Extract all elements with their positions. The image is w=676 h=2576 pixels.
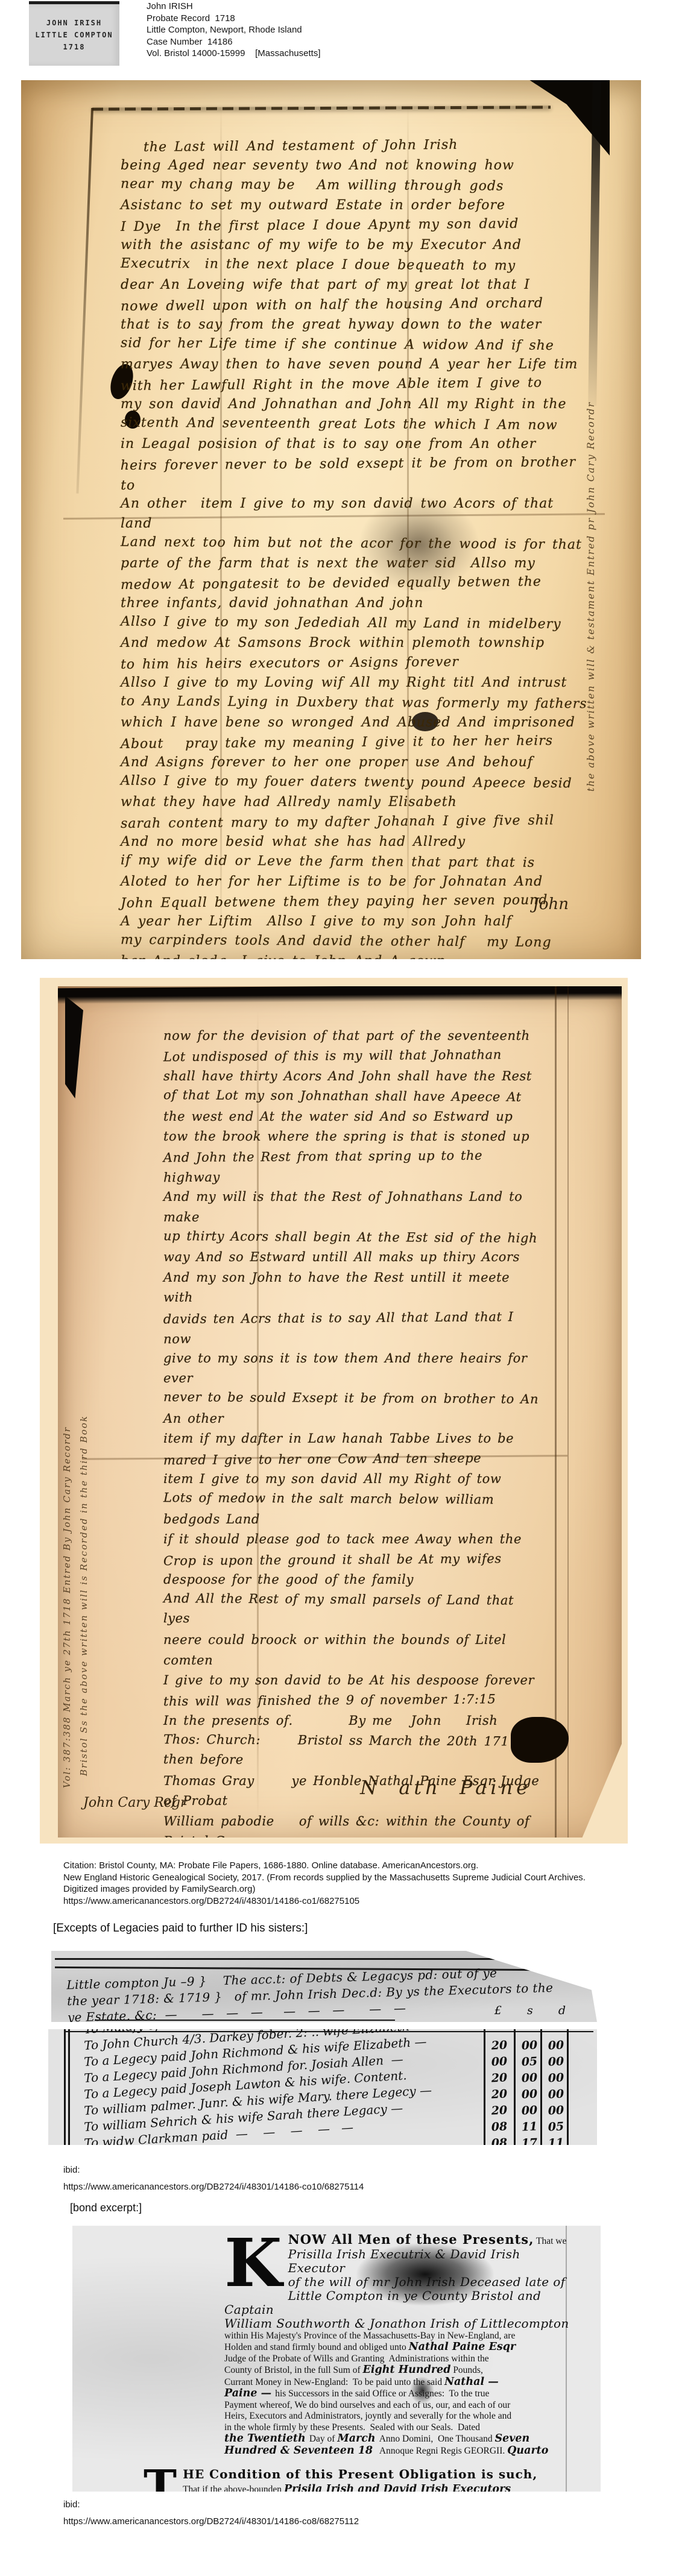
manuscript-line: Executrix in the next place I doue beque… (121, 254, 588, 277)
manuscript-line: And medow At Samsons Brock within plemot… (121, 633, 588, 653)
header-line: Case Number 14186 (147, 36, 321, 48)
handwritten-segment: Paine — (224, 2387, 275, 2399)
manuscript-line: if my wife did or Leve the farm then tha… (121, 851, 588, 874)
ledger-amount-l: 20 (485, 2087, 513, 2102)
printed-segment: Payment whereof, We do bind ourselves an… (224, 2400, 510, 2410)
ledger-amount-d: 05 (542, 2120, 569, 2134)
citation-line: Digitized images provided by FamilySearc… (63, 1883, 586, 1895)
handwritten-segment: the Twentieth (224, 2433, 309, 2445)
manuscript-line: Lots of medow in the salt march below wi… (163, 1488, 543, 1510)
manuscript-line: parte of the farm that is next the water… (121, 553, 588, 573)
manuscript-line: the Last will And testament of John Iris… (144, 134, 588, 157)
manuscript-line: shall have thirty Acors And John shall h… (163, 1066, 543, 1086)
mixed-text-line: within His Majesty's Province of the Mas… (224, 2331, 579, 2342)
manuscript-line: An other (163, 1409, 543, 1429)
manuscript-line: mared I give to her one Cow And ten shee… (163, 1447, 543, 1470)
mixed-text-line: Currant Money in New-England: To be paid… (224, 2376, 579, 2389)
ledger-amount-s: 05 (516, 2055, 543, 2069)
record-header: John IRISHProbate Record 1718Little Comp… (147, 1, 321, 60)
manuscript-line: of that Lot my son Johnathan shall have … (163, 1085, 543, 1107)
manuscript-line: dear An Loveing wife that part of my gre… (121, 275, 588, 295)
printed-segment: Holden and stand firmly bound and oblige… (224, 2342, 409, 2352)
ledger-rule (64, 2029, 66, 2145)
citation-line: Citation: Bristol County, MA: Probate Fi… (63, 1860, 586, 1872)
printed-segment: Pounds, (450, 2365, 482, 2375)
ledger-amount-l: 08 (485, 2136, 513, 2145)
legacies-ledger-excerpt: To Malafy of &c Darkey fober. 2: & Jurny… (48, 2029, 597, 2145)
manuscript-line: neere could broock or within the bounds … (163, 1630, 543, 1671)
printed-segment: County of Bristol, in the full Sum of (224, 2365, 363, 2375)
manuscript-line: up thirty Acors shall begin At the Est s… (163, 1226, 543, 1249)
bond-condition-body: HE Condition of this Present Obligation … (144, 2467, 579, 2492)
ledger-row: To widw Clarkman paid — — — — —081711 (76, 2136, 597, 2145)
manuscript-line: give to my sons it is tow them And there… (163, 1349, 543, 1389)
manuscript-line: Allso I give to my Loving wif All my Rig… (121, 673, 588, 693)
manuscript-line: Thos: Church: Bristol ss March the 20th … (163, 1730, 543, 1772)
registrar-signature: John Cary Regr (83, 1795, 186, 1810)
document-page: JOHN IRISHLITTLE COMPTON1718 John IRISHP… (0, 0, 676, 2576)
paper-sheet: now for the devision of that part of the… (58, 986, 622, 1838)
label-card-line: JOHN IRISH (29, 19, 119, 27)
manuscript-line: to Any Lands Lying in Duxbery that was f… (121, 691, 588, 714)
fold-line (555, 986, 557, 1838)
mixed-text-line: Heirs, Executors and Administrators, joy… (224, 2411, 579, 2422)
bond-condition-paragraph: T HE Condition of this Present Obligatio… (144, 2467, 579, 2492)
drop-cap-k: K (224, 2235, 282, 2291)
manuscript-line: what they have had Allredy namly Elisabe… (121, 792, 588, 812)
ledger-amount-l: 20 (485, 2103, 513, 2118)
manuscript-line: Crop is upon the ground it shall be At m… (163, 1548, 543, 1571)
handwritten-segment: Hundred & Seventeen 18 (224, 2445, 373, 2457)
manuscript-line: three infants, david johnathan And john (121, 593, 588, 613)
manuscript-line: this will was finished the 9 of november… (163, 1689, 543, 1712)
paper-top-edge (58, 986, 622, 1004)
manuscript-line: And my son John to have the Rest untill … (163, 1268, 543, 1308)
manuscript-line: And no more besid what she has had Allre… (121, 832, 588, 852)
manuscript-line: which I have bene so wronged And Abused … (121, 713, 588, 732)
mixed-text-line: Hundred & Seventeen 18 Annoque Regni Reg… (224, 2445, 579, 2457)
ibid-label: ibid: (63, 2496, 359, 2513)
account-heading-text: Little compton Ju –9 } The acc.t: of Deb… (66, 1963, 561, 2022)
printed-segment: within His Majesty's Province of the Mas… (224, 2331, 515, 2341)
handwritten-line: William Southworth & Jonathon Irish of L… (224, 2317, 579, 2331)
manuscript-line: bar And sledg I give to John And A gown (121, 951, 588, 959)
printed-segment: Anno Domini, One Thousand (379, 2434, 495, 2444)
excerpts-heading: [Excepts of Legacies paid to further ID … (53, 1922, 308, 1935)
label-card-line: 1718 (29, 43, 119, 51)
manuscript-line: my son david And Johnathan and John All … (121, 394, 588, 414)
manuscript-line: the west end At the water sid And so Est… (163, 1107, 543, 1127)
handwritten-segment: March (337, 2433, 379, 2445)
ledger-amount-d: 00 (542, 2103, 569, 2118)
drop-cap-t: T (144, 2469, 177, 2492)
paper-edge-shadow (65, 996, 83, 1098)
judge-signature: N ath Paine (360, 1776, 531, 1799)
handwritten-segment: Prisila Irish and David Irish Executors (284, 2483, 511, 2492)
ledger-amount-d: 00 (542, 2071, 569, 2085)
printed-segment: Day of (309, 2434, 338, 2444)
manuscript-line: way And so Estward untill All maks up th… (163, 1247, 543, 1267)
legacies-account-excerpt: Little compton Ju –9 } The acc.t: of Deb… (51, 1951, 597, 2022)
manuscript-line: Land next too him but not the acor for t… (121, 532, 588, 555)
manuscript-line: I Dye In the first place I doue Apynt my… (121, 213, 588, 237)
manuscript-line: Aloted to her for her Liftime is to be f… (121, 872, 588, 892)
ibid-url: https://www.americanancestors.org/DB2724… (63, 2513, 359, 2530)
bond-scan: K NOW All Men of these Presents, That we… (72, 2226, 601, 2492)
margin-note-recorder: the above written will & testament Entre… (585, 333, 596, 792)
ledger-amount-s: 00 (516, 2038, 543, 2053)
mixed-text-line: HE Condition of this Present Obligation … (144, 2467, 579, 2483)
printed-segment: Annoque Regni Regis GEORGII. (373, 2446, 507, 2456)
manuscript-line: Allso I give to my fouer daters twenty p… (121, 771, 588, 794)
ibid-url: https://www.americanancestors.org/DB2724… (63, 2179, 364, 2196)
manuscript-line: if it should please god to tack mee Away… (163, 1529, 543, 1549)
manuscript-line: my carpinders tools And david the other … (121, 930, 588, 953)
manuscript-line: And John the Rest from that spring up to… (163, 1145, 543, 1188)
mixed-text-line: County of Bristol, in the full Sum of Ei… (224, 2364, 579, 2376)
printed-segment: Currant Money in New-England: To be paid… (224, 2377, 444, 2387)
mixed-text-line: Paine — his Successors in the said Offic… (224, 2388, 579, 2400)
will-scan-page-2: now for the devision of that part of the… (40, 978, 628, 1844)
header-line: John IRISH (147, 1, 321, 13)
manuscript-line: despoose for the good of the family (163, 1570, 543, 1590)
manuscript-line: John Equall betwene them they paying her… (121, 890, 588, 913)
mixed-text-line: Payment whereof, We do bind ourselves an… (224, 2400, 579, 2411)
printed-segment: That we (534, 2236, 566, 2246)
ledger-amount-s: 00 (516, 2087, 543, 2102)
manuscript-line: nowe dwell upon with on half the housing… (121, 293, 588, 316)
manuscript-line: In the presents of. By me John Irish (163, 1711, 543, 1731)
mixed-text-line: in the whole firmly by these Presents. S… (224, 2422, 579, 2434)
printed-segment: Judge of the Probate of Wills and Granti… (224, 2354, 489, 2364)
citation-block: Citation: Bristol County, MA: Probate Fi… (63, 1860, 586, 1907)
manuscript-line: heirs forever never to be sold exsept it… (121, 452, 588, 496)
handwritten-segment: Nathal — (444, 2376, 499, 2388)
ledger-rule (55, 1958, 557, 1960)
header-line: Little Compton, Newport, Rhode Island (147, 24, 321, 36)
bond-printed-body: within His Majesty's Province of the Mas… (224, 2331, 579, 2457)
ledger-amount-l: 20 (485, 2071, 513, 2085)
ledger-amount-l: 08 (485, 2120, 513, 2134)
handwritten-segment: Quarto (507, 2445, 548, 2457)
ledger-amount-s: 11 (516, 2120, 543, 2134)
header-line: Probate Record 1718 (147, 13, 321, 25)
citation-line: New England Historic Genealogical Societ… (63, 1872, 586, 1884)
manuscript-line: item I give to my son david All my Right… (163, 1469, 543, 1489)
ibid-reference-2: ibid: https://www.americanancestors.org/… (63, 2496, 359, 2530)
ledger-amount-s: 00 (516, 2103, 543, 2118)
will-page1-text: the Last will And testament of John Iris… (121, 136, 588, 959)
ibid-label: ibid: (63, 2162, 364, 2179)
manuscript-line: tow the brook where the spring is that i… (163, 1127, 543, 1147)
manuscript-line: A year her Liftim Allso I give to my son… (121, 912, 588, 931)
printed-segment: That if the above-bounden (183, 2484, 284, 2492)
mixed-text-line: the Twentieth Day of March Anno Domini, … (224, 2433, 579, 2445)
printed-segment: in the whole firmly by these Presents. S… (224, 2422, 480, 2433)
will-page2-text: now for the devision of that part of the… (163, 1026, 543, 1838)
mixed-text-line: Judge of the Probate of Wills and Granti… (224, 2354, 579, 2365)
manuscript-line: that is to say from the great hyway down… (121, 315, 588, 335)
paper-top-edge (92, 105, 551, 110)
manuscript-line: And All the Rest of my small parsels of … (163, 1589, 543, 1631)
manuscript-line: to him his heirs executors or Asigns for… (121, 651, 588, 675)
manuscript-line: Lot undisposed of this is my will that J… (163, 1045, 543, 1068)
printed-segment: his Successors in the said Office or Ass… (275, 2389, 489, 2399)
manuscript-line: About pray take my meaning I give it to … (121, 731, 588, 754)
manuscript-line: maryes Away then to have seven pound A y… (121, 354, 588, 374)
label-card-line: LITTLE COMPTON (29, 31, 119, 39)
manuscript-line: sarah content mary to my dafter Johanah … (121, 810, 588, 834)
handwritten-segment: Seven (494, 2433, 529, 2445)
manuscript-line: Asistanc to set my outward Estate in ord… (121, 195, 588, 215)
currency-column-headers: £ s d (494, 2004, 576, 2017)
ledger-amount-l: 20 (485, 2038, 513, 2053)
manuscript-line: And my will is that the Rest of Johnatha… (163, 1187, 543, 1227)
margin-note-volume: Vol: 387:388 March ye 27th 1718 Entred B… (62, 1185, 72, 1788)
manuscript-line: medow At pongatesit to be devided equall… (121, 572, 588, 595)
testator-signature: John (532, 895, 569, 913)
manuscript-line: item if my dafter in Law hanah Tabbe Liv… (163, 1429, 543, 1449)
handwritten-segment: Eight Hundred (363, 2364, 451, 2376)
ledger-amount-d: 00 (542, 2087, 569, 2102)
manuscript-line: sid for her Life time if she continue A … (121, 333, 588, 356)
printed-segment: NOW All Men of these Presents, (288, 2232, 534, 2247)
ledger-amount-l: 00 (485, 2055, 513, 2069)
manuscript-line: I give to my son david to be At his desp… (163, 1671, 543, 1690)
paper-left-edge (76, 108, 93, 494)
mixed-text-line: That if the above-bounden Prisila Irish … (144, 2483, 579, 2492)
margin-note-recorded: Bristol Ss the above written will is Rec… (78, 1245, 89, 1776)
citation-line: https://www.americanancestors.org/DB2724… (63, 1895, 586, 1907)
bond-heading: [bond excerpt:] (70, 2202, 142, 2214)
mixed-text-line: Holden and stand firmly bound and oblige… (224, 2341, 579, 2354)
manuscript-line: bedgods Land (163, 1510, 543, 1529)
manuscript-line: being Aged near seventy two And not know… (121, 156, 588, 175)
printed-segment: HE Condition of this Present Obligation … (183, 2467, 537, 2481)
manuscript-line: Allso I give to my son Jedediah All my L… (121, 612, 588, 635)
header-line: Vol. Bristol 14000-15999 [Massachusetts] (147, 48, 321, 60)
fold-line (567, 986, 569, 1838)
ledger-amount-s: 17 (516, 2136, 543, 2145)
manuscript-line: never to be sould Exsept it be from on b… (163, 1387, 543, 1409)
manuscript-line: And Asigns forever to her one proper use… (121, 752, 588, 772)
printed-segment: Heirs, Executors and Administrators, joy… (224, 2411, 511, 2421)
will-scan-page-1: the Last will And testament of John Iris… (21, 80, 641, 959)
manuscript-line: An other item I give to my son david two… (121, 494, 588, 534)
ibid-reference-1: ibid: https://www.americanancestors.org/… (63, 2162, 364, 2196)
manuscript-line: now for the devision of that part of the… (163, 1026, 543, 1046)
record-label-card: JOHN IRISHLITTLE COMPTON1718 (29, 1, 119, 66)
manuscript-line: sixtenth And seventeenth great Lots the … (121, 413, 588, 436)
manuscript-line: davids ten Acrs that is to say All that … (163, 1306, 543, 1349)
manuscript-line: in Leagal posision of that is to say one… (121, 434, 588, 454)
ledger-amount-d: 11 (542, 2136, 569, 2145)
ink-blot (511, 1717, 569, 1763)
manuscript-line: with her Lawfull Right in the move Able … (121, 373, 588, 396)
bond-opening-paragraph: K NOW All Men of these Presents, That we… (224, 2234, 579, 2457)
ledger-rule (68, 2029, 70, 2145)
ledger-amount-s: 00 (516, 2071, 543, 2085)
manuscript-line: near my chang may be Am willing through … (121, 174, 588, 197)
ledger-amount-d: 00 (542, 2038, 569, 2053)
ledger-amount-d: 00 (542, 2055, 569, 2069)
handwritten-segment: Nathal Paine Esqr (409, 2341, 516, 2353)
manuscript-line: with the asistanc of my wife to be my Ex… (121, 235, 588, 255)
manuscript-line: William pabodie of wills &c: within the … (163, 1812, 543, 1838)
